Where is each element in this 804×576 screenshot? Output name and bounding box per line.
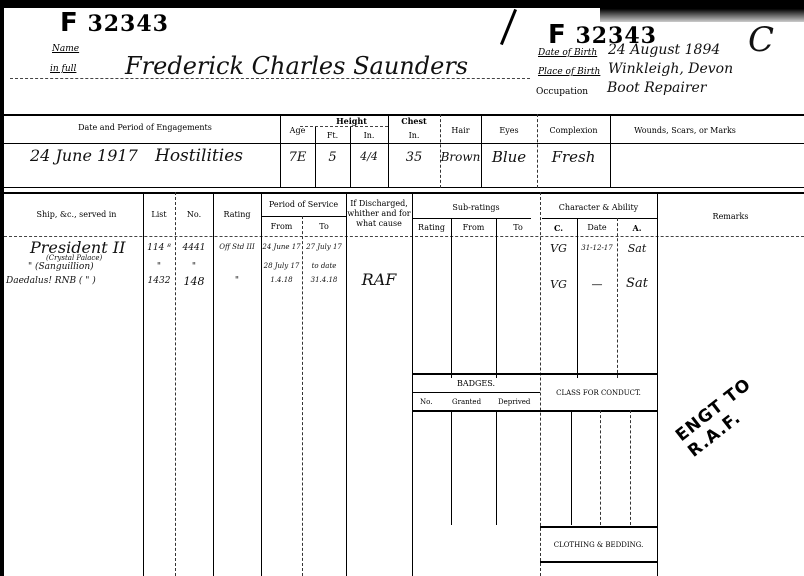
clothing-bottom-rule — [540, 561, 657, 563]
list-value: 114 ⁸ — [143, 243, 175, 253]
header-char-c: C. — [540, 223, 577, 233]
header-chest: Chest — [388, 116, 440, 126]
header-rating: Rating — [213, 210, 261, 219]
header-height-in: In. — [350, 131, 388, 140]
col-divider — [630, 410, 631, 525]
from-value: 1.4.18 — [261, 276, 302, 284]
transfer-stamp: ENGT TO R.A.F. — [672, 349, 801, 462]
char-c-value: VG — [540, 278, 577, 291]
header-to: To — [302, 222, 346, 231]
name-label: Name — [52, 44, 79, 54]
char-date-value: 31-12-17 — [577, 244, 617, 252]
header-sub-rating: Rating — [412, 223, 451, 232]
char-a-value: Sat — [617, 242, 657, 255]
header-no: No. — [175, 210, 213, 219]
engagement-period: Hostilities — [155, 146, 243, 166]
col-divider — [451, 410, 452, 525]
header-character-ability: Character & Ability — [540, 203, 657, 212]
name-value: Frederick Charles Saunders — [125, 52, 468, 80]
service-header-rule — [4, 236, 804, 237]
service-number-value: 32343 — [87, 11, 169, 37]
occupation-label: Occupation — [536, 87, 588, 97]
header-sub-to: To — [496, 223, 540, 232]
in-full-label: in full — [50, 64, 76, 74]
class-for-conduct: CLASS FOR CONDUCT. — [540, 389, 657, 397]
complexion-value: Fresh — [537, 148, 610, 166]
header-hair: Hair — [440, 126, 481, 135]
header-sub-ratings: Sub-ratings — [412, 203, 540, 212]
header-chest-in: In. — [388, 131, 440, 140]
char-c-value: VG — [540, 242, 577, 255]
service-prefix: F — [60, 8, 79, 38]
occupation-value: Boot Repairer — [607, 80, 707, 96]
header-remarks: Remarks — [657, 212, 804, 221]
character-subheader-rule — [542, 218, 657, 219]
scan-left-border — [0, 0, 4, 576]
col-divider — [600, 410, 601, 525]
to-value: to date — [302, 262, 346, 270]
badges-top-rule — [412, 373, 657, 375]
badges-no: No. — [420, 398, 432, 406]
ship-note: (Crystal Palace) — [46, 254, 102, 262]
to-value: 31.4.18 — [302, 276, 346, 284]
col-divider — [451, 218, 452, 378]
service-prefix: F — [548, 20, 567, 50]
to-value: 27 July 17 — [302, 243, 346, 251]
header-list: List — [143, 210, 175, 219]
header-height-ft: Ft. — [315, 131, 350, 140]
badges-granted: Granted — [452, 398, 481, 406]
header-from: From — [261, 222, 302, 231]
subratings-subheader-rule — [413, 218, 531, 219]
dob-label: Date of Birth — [538, 48, 597, 58]
list-value: " — [143, 262, 175, 272]
service-number-left: F 32343 — [60, 8, 169, 38]
badges-bottom-rule — [412, 410, 657, 412]
ship-value: Daedalus! RNB ( " ) — [6, 276, 96, 286]
header-discharged: If Discharged, whither and for what caus… — [346, 199, 412, 229]
header-date-period: Date and Period of Engagements — [10, 123, 280, 132]
header-period-of-service: Period of Service — [261, 200, 346, 209]
engagement-header-rule — [4, 143, 804, 144]
header-sub-from: From — [451, 223, 496, 232]
hair-value: Brown — [440, 150, 481, 164]
char-date-value: — — [577, 278, 617, 291]
discharged-value: RAF — [346, 270, 412, 289]
col-divider — [496, 410, 497, 525]
dob-value: 24 August 1894 — [608, 42, 720, 58]
from-value: 24 June 17 — [261, 243, 302, 251]
age-value: 7E — [280, 150, 315, 165]
pob-label: Place of Birth — [538, 67, 600, 77]
engagement-table-bottom-rule — [4, 187, 804, 188]
col-divider — [302, 216, 303, 576]
header-char-a: A. — [617, 223, 657, 233]
header-complexion: Complexion — [537, 126, 610, 135]
header-age: Age — [280, 126, 315, 135]
badges-sub-rule — [412, 392, 540, 393]
char-a-value: Sat — [617, 276, 657, 291]
no-value: " — [175, 262, 213, 272]
col-divider — [496, 218, 497, 378]
from-value: 28 July 17 — [261, 262, 302, 270]
service-table-top-rule — [4, 192, 804, 194]
badges-title: BADGES. — [412, 379, 540, 388]
height-in-value: 4/4 — [350, 150, 388, 163]
no-value: 148 — [175, 275, 213, 288]
header-height: Height — [315, 116, 388, 126]
rating-value: Off Std III — [213, 243, 261, 251]
col-divider — [657, 192, 658, 576]
scan-top-right-shadow — [600, 0, 804, 22]
header-char-date: Date — [577, 223, 617, 232]
badges-deprived: Deprived — [498, 398, 530, 406]
pen-stroke-mark — [500, 9, 517, 45]
list-value: 1432 — [143, 276, 175, 286]
col-divider — [571, 410, 572, 525]
col-divider — [577, 218, 578, 378]
eyes-value: Blue — [481, 148, 537, 166]
corner-mark: C — [748, 20, 774, 60]
chest-value: 35 — [388, 150, 440, 165]
no-value: 4441 — [175, 243, 213, 253]
pob-value: Winkleigh, Devon — [608, 61, 733, 77]
header-ship: Ship, &c., served in — [10, 210, 143, 219]
col-divider — [346, 192, 347, 576]
header-eyes: Eyes — [481, 126, 537, 135]
ship-value: " (Sanguillion) — [28, 262, 94, 272]
clothing-top-rule — [540, 526, 657, 528]
rating-value: " — [213, 276, 261, 286]
clothing-title: CLOTHING & BEDDING. — [540, 541, 657, 549]
period-subheader-rule — [262, 216, 347, 217]
header-wounds: Wounds, Scars, or Marks — [610, 126, 760, 135]
height-ft-value: 5 — [315, 150, 350, 165]
engagement-date: 24 June 1917 — [30, 146, 138, 165]
